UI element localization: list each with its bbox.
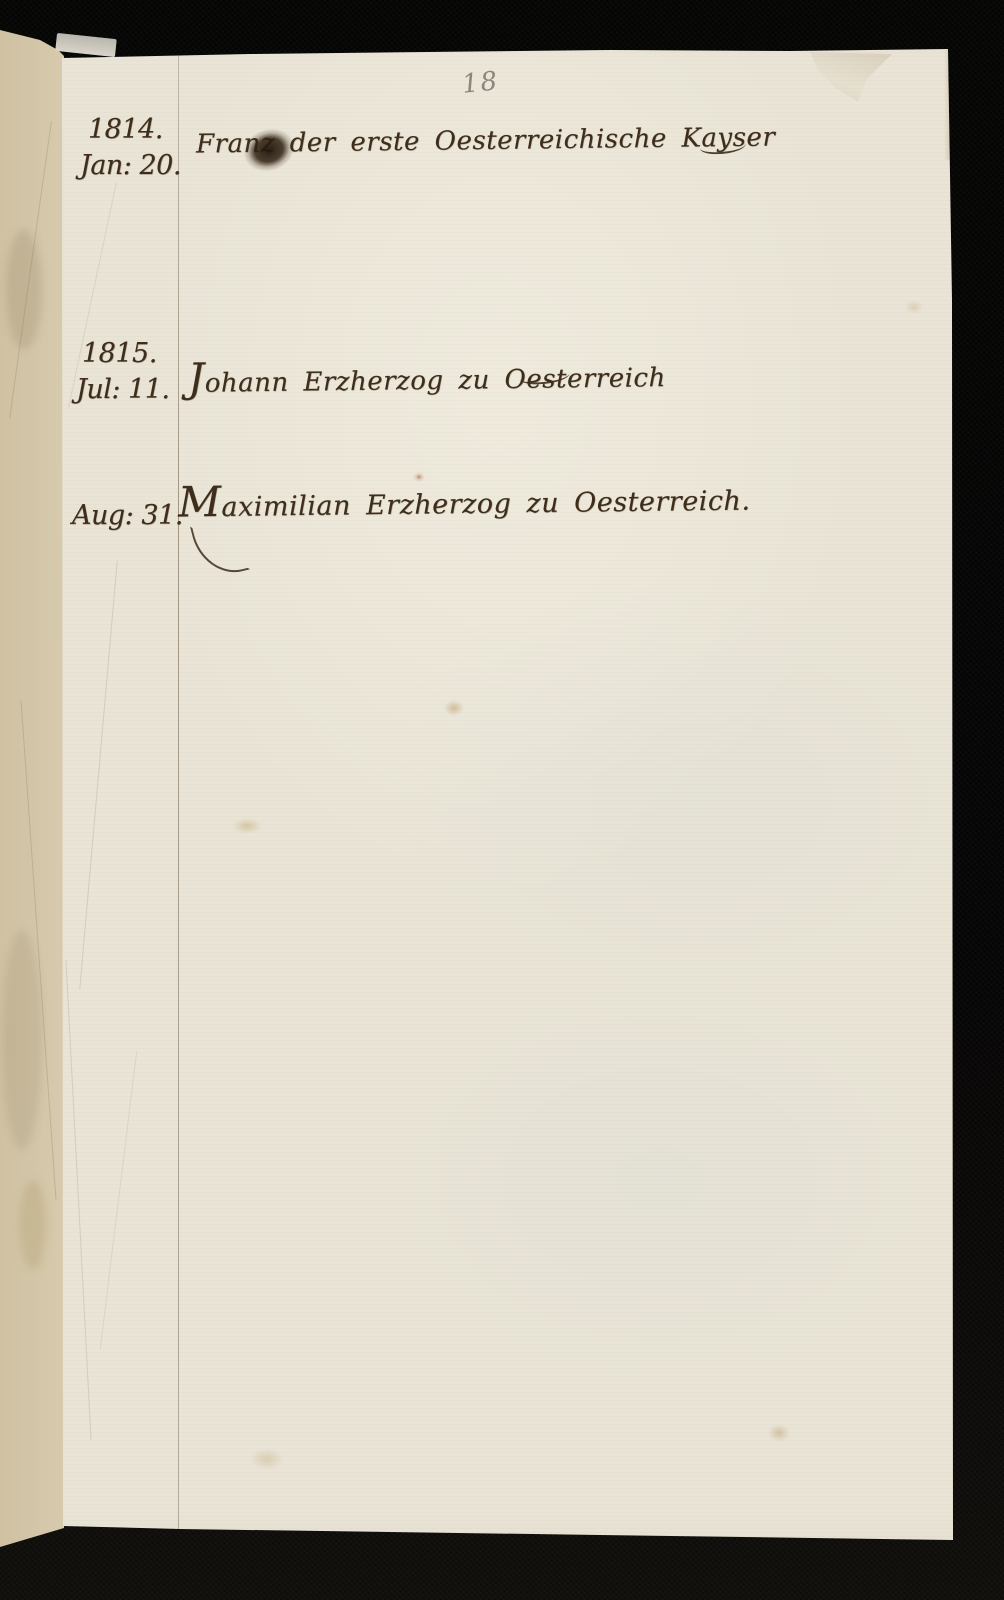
entry-date: Aug: 31. <box>72 500 183 531</box>
margin-rule-line <box>178 54 179 1532</box>
paper-crease <box>100 1051 138 1349</box>
manuscript-page: 18 1814. Jan: 20. Franz der erste Oester… <box>0 0 1004 1600</box>
entry-year: 1814. <box>88 114 163 145</box>
paper-crease <box>65 960 91 1439</box>
entry-year: 1815. <box>82 338 157 369</box>
stain <box>20 1180 46 1270</box>
folio-number: 18 <box>461 66 501 100</box>
scan-background: 18 1814. Jan: 20. Franz der erste Oester… <box>0 0 1004 1600</box>
foxing-spot <box>250 1448 284 1470</box>
foxing-spot <box>905 300 923 314</box>
page-stack-edge <box>55 33 117 57</box>
foxing-spot <box>768 1424 790 1442</box>
foxing-spot <box>413 472 425 482</box>
entry-date: Jan: 20. <box>80 150 181 181</box>
page-edge-tint <box>944 50 953 160</box>
ink-bleed-through <box>2 930 42 1150</box>
entry-date: Jul: 11. <box>76 374 169 405</box>
entry-text: Johann Erzherzog zu Oesterreich <box>188 349 666 402</box>
corner-water-stain <box>806 50 902 106</box>
entry-text: Maximilian Erzherzog zu Oesterreich. <box>178 471 751 527</box>
ink-bleed-through <box>6 230 42 350</box>
foxing-spot <box>232 818 262 834</box>
paper-crease <box>79 561 117 989</box>
foxing-spot <box>444 700 464 716</box>
